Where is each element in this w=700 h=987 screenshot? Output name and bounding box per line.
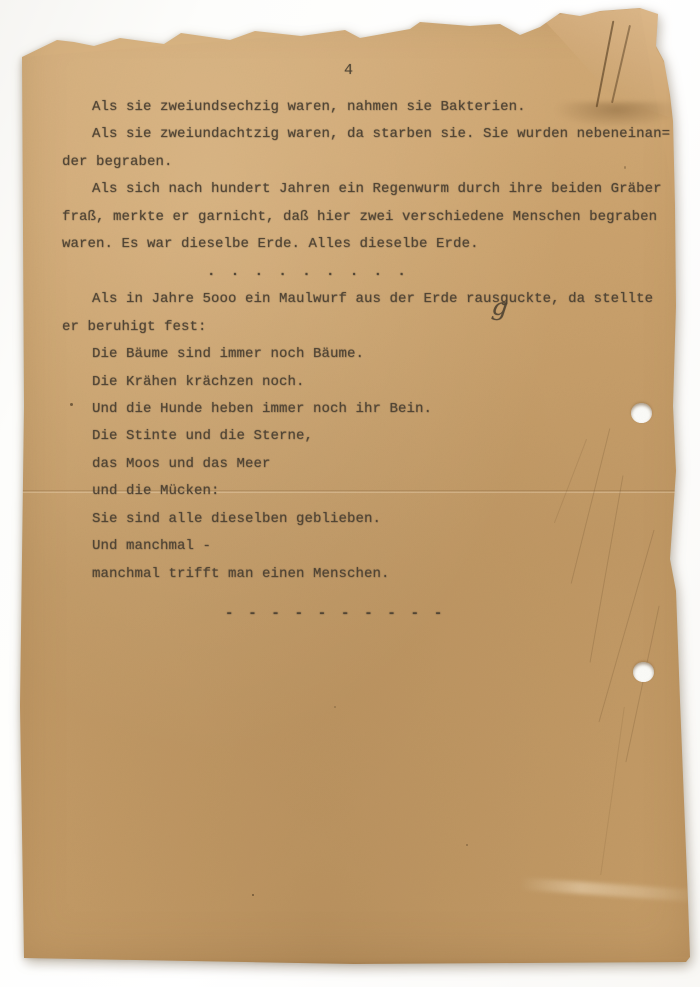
text-line: das Moos und das Meer bbox=[62, 451, 670, 478]
scratch-line bbox=[600, 707, 625, 875]
punch-hole-bottom bbox=[633, 662, 654, 682]
text-line: Als sie zweiundachtzig waren, da starben… bbox=[62, 121, 670, 148]
page-number: 4 bbox=[344, 62, 353, 79]
paper-speck bbox=[466, 844, 468, 846]
text-line: Die Stinte und die Sterne, bbox=[62, 423, 670, 450]
paper-speck bbox=[334, 706, 336, 708]
typewritten-text-block: Als sie zweiundsechzig waren, nahmen sie… bbox=[62, 94, 670, 629]
paper-speck bbox=[252, 894, 254, 896]
paper-sheet: 4 Als sie zweiundsechzig waren, nahmen s… bbox=[14, 6, 696, 964]
text-line: Als sie zweiundsechzig waren, nahmen sie… bbox=[62, 94, 670, 121]
dotted-separator: . . . . . . . . . bbox=[62, 259, 670, 286]
text-line: Als in Jahre 5ooo ein Maulwurf aus der E… bbox=[62, 286, 670, 313]
text-line: der begraben. bbox=[62, 149, 670, 176]
document-page: 4 Als sie zweiundsechzig waren, nahmen s… bbox=[14, 6, 696, 966]
text-line: fraß, merkte er garnicht, daß hier zwei … bbox=[62, 204, 670, 231]
text-line: manchmal trifft man einen Menschen. bbox=[62, 561, 670, 588]
text-line: Und manchmal - bbox=[62, 533, 670, 560]
text-line: Und die Hunde heben immer noch ihr Bein. bbox=[62, 396, 670, 423]
dashed-separator: - - - - - - - - - - bbox=[62, 601, 670, 628]
text-line: er beruhigt fest: bbox=[62, 314, 670, 341]
scratch-line bbox=[625, 606, 659, 763]
scan-background: 4 Als sie zweiundsechzig waren, nahmen s… bbox=[0, 0, 700, 987]
text-line: Sie sind alle dieselben geblieben. bbox=[62, 506, 670, 533]
text-line: und die Mücken: bbox=[62, 478, 670, 505]
text-line: waren. Es war dieselbe Erde. Alles diese… bbox=[62, 231, 670, 258]
text-line: Als sich nach hundert Jahren ein Regenwu… bbox=[62, 176, 670, 203]
text-line: Die Krähen krächzen noch. bbox=[62, 369, 670, 396]
punch-hole-top bbox=[631, 403, 652, 423]
text-line: Die Bäume sind immer noch Bäume. bbox=[62, 341, 670, 368]
light-streak bbox=[519, 878, 700, 903]
